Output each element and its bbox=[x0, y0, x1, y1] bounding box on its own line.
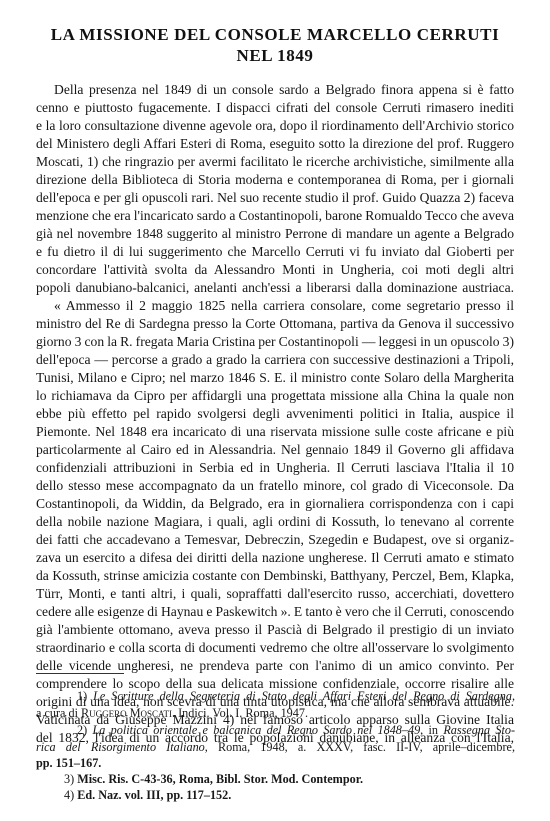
article-title-line-2: NEL 1849 bbox=[0, 46, 550, 66]
body-line: giorno 3 con la R. fregata Maria Cristin… bbox=[36, 333, 514, 351]
footnote-title: La politica orientale e balcanica del Re… bbox=[92, 723, 420, 737]
footnote-2-pages: pp. 151–167. bbox=[36, 755, 101, 771]
footnote-3: 3) Misc. Ris. C-43-36, Roma, Bibl. Stor.… bbox=[64, 771, 363, 787]
body-line: e la loro consultazione divenne agevole … bbox=[36, 117, 514, 135]
body-line: menzione che era l'incaricato sardo a Co… bbox=[36, 207, 514, 225]
body-line: confidenziali attribuzioni in Serbia ed … bbox=[36, 459, 514, 477]
footnote-1: 1) Le Scritture della Segreteria di Stat… bbox=[77, 688, 515, 704]
footnote-separator bbox=[36, 673, 124, 674]
body-line: « Ammesso il 2 maggio 1825 nella carrier… bbox=[54, 297, 514, 315]
body-line: Costantinopoli, da Widdin, da Belgrado, … bbox=[36, 495, 514, 513]
body-line: Piemonte. Nel 1848 era incaricato di una… bbox=[36, 423, 514, 441]
body-line: dei fatti che accadevano a Temesvar, Deb… bbox=[36, 531, 514, 549]
body-line: dell'epoca — percorse a grado a grado la… bbox=[36, 351, 514, 369]
article-title-line-1: LA MISSIONE DEL CONSOLE MARCELLO CERRUTI bbox=[0, 25, 550, 45]
footnote-1-cont: a cura di Ruggero Moscati. Indici. Vol. … bbox=[36, 705, 308, 721]
footnote-marker: 1) bbox=[77, 689, 87, 703]
body-line: concordare l'attività svolta da Alessand… bbox=[36, 261, 514, 279]
body-line: popoli danubiano-balcanici, anelanti anc… bbox=[36, 279, 514, 297]
body-line: zava un esercito a difesa dei diritti de… bbox=[36, 549, 514, 567]
body-line: ministro del Re di Sardegna presso la Co… bbox=[36, 315, 514, 333]
body-line: lo richiamava da Cipro per affidargli un… bbox=[36, 387, 514, 405]
body-line: Moscati, 1) che ringrazio per avermi fac… bbox=[36, 153, 514, 171]
body-line: e fu dietro il di lui suggerimento che M… bbox=[36, 243, 514, 261]
body-line: Tunisi, Milano e Cipro; nel marzo 1846 S… bbox=[36, 369, 514, 387]
body-line: particolarmente al Cairo ed in Alessandr… bbox=[36, 441, 514, 459]
footnote-marker: 3) bbox=[64, 772, 74, 786]
footnote-2: 2) La politica orientale e balcanica del… bbox=[77, 722, 515, 738]
footnote-editor: Ruggero Moscati bbox=[81, 706, 172, 720]
footnote-4: 4) Ed. Naz. vol. III, pp. 117–152. bbox=[64, 787, 231, 803]
footnote-title: Le Scritture della Segreteria di Stato d… bbox=[93, 689, 515, 703]
body-line: da Kossuth, strinse amicizia costante co… bbox=[36, 567, 514, 585]
body-line: dell'epoca e per gli opuscoli rari. Nel … bbox=[36, 189, 514, 207]
body-line: della nobile nazione Magiara, i quali, a… bbox=[36, 513, 514, 531]
body-line: Della presenza nel 1849 di un console sa… bbox=[54, 81, 514, 99]
body-line: già nel novembre 1848 suggerito al minis… bbox=[36, 225, 514, 243]
body-line: cedere alle esigenze di Haynau e Paskewi… bbox=[36, 603, 514, 621]
body-line: cenno e piuttosto fugacemente. I dispacc… bbox=[36, 99, 514, 117]
footnote-2-cont: rica del Risorgimento Italiano, Roma, 19… bbox=[36, 739, 515, 755]
body-line: ebbe più effetto pel rapido svolgersi de… bbox=[36, 405, 514, 423]
body-line: dello stesso mese accompagnato da un fra… bbox=[36, 477, 514, 495]
footnote-marker: 4) bbox=[64, 788, 74, 802]
body-line: del Ministero degli Affari Esteri di Rom… bbox=[36, 135, 514, 153]
body-line: straordinario e colla scorta di document… bbox=[36, 639, 514, 657]
body-line: già l'ambiente ottomano, aveva presso il… bbox=[36, 621, 514, 639]
body-line: Türr, Monti, e tanti altri, i quali, sop… bbox=[36, 585, 514, 603]
footnote-marker: 2) bbox=[77, 723, 87, 737]
body-line: direzione della Biblioteca di Storia mod… bbox=[36, 171, 514, 189]
